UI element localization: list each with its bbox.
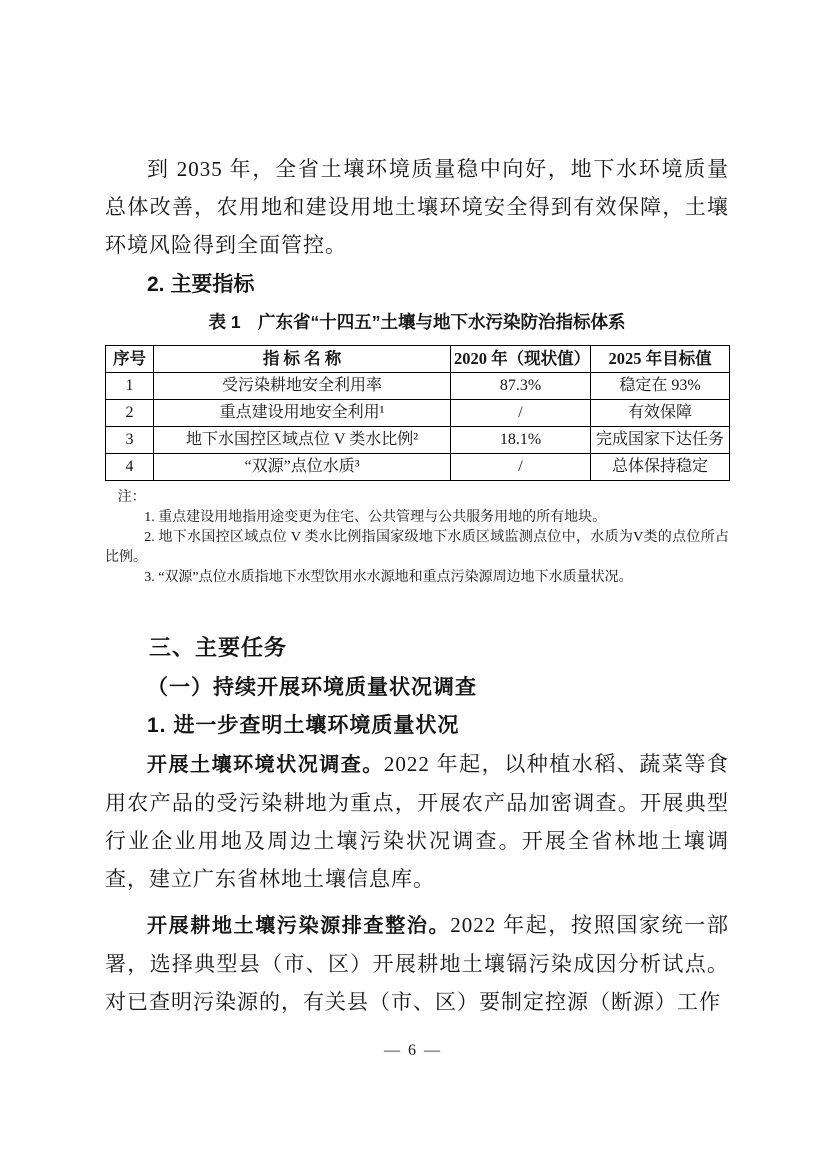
note-item: 1. 重点建设用地指用途变更为住宅、公共管理与公共服务用地的所有地块。 xyxy=(105,508,729,528)
table-caption: 表 1 广东省“十四五”土壤与地下水污染防治指标体系 xyxy=(105,308,729,336)
cell-2025-target: 稳定在 93% xyxy=(591,373,730,400)
body-paragraph: 开展耕地土壤污染源排查整治。2022 年起，按照国家统一部署，选择典型县（市、区… xyxy=(105,906,729,1021)
table-row: 2 重点建设用地安全利用¹ / 有效保障 xyxy=(106,400,730,427)
table-row: 3 地下水国控区域点位 V 类水比例² 18.1% 完成国家下达任务 xyxy=(106,427,730,454)
table-header-row: 序号 指 标 名 称 2020 年（现状值） 2025 年目标值 xyxy=(106,346,730,373)
cell-index: 2 xyxy=(106,400,154,427)
cell-2020-value: / xyxy=(451,454,591,481)
section-3-1-heading: （一）持续开展环境质量状况调查 xyxy=(105,674,729,700)
section-3-1-1-heading: 1. 进一步查明土壤环境质量状况 xyxy=(105,713,729,739)
table-notes: 注： 1. 重点建设用地指用途变更为住宅、公共管理与公共服务用地的所有地块。 2… xyxy=(105,488,729,588)
cell-2025-target: 完成国家下达任务 xyxy=(591,427,730,454)
paragraph-lead: 开展土壤环境状况调查。 xyxy=(147,754,384,776)
col-header-2025-target: 2025 年目标值 xyxy=(591,346,730,373)
cell-2020-value: 87.3% xyxy=(451,373,591,400)
notes-label: 注： xyxy=(105,488,729,508)
cell-indicator-name: 地下水国控区域点位 V 类水比例² xyxy=(154,427,451,454)
table-row: 4 “双源”点位水质³ / 总体保持稳定 xyxy=(106,454,730,481)
cell-2025-target: 总体保持稳定 xyxy=(591,454,730,481)
paragraph-lead: 开展耕地土壤污染源排查整治。 xyxy=(147,915,450,937)
note-item: 3. “双源”点位水质指地下水型饮用水水源地和重点污染源周边地下水质量状况。 xyxy=(105,568,729,588)
document-content: 到 2035 年，全省土壤环境质量稳中向好，地下水环境质量总体改善，农用地和建设… xyxy=(105,0,729,1021)
intro-paragraph: 到 2035 年，全省土壤环境质量稳中向好，地下水环境质量总体改善，农用地和建设… xyxy=(105,150,729,264)
cell-2020-value: 18.1% xyxy=(451,427,591,454)
cell-index: 4 xyxy=(106,454,154,481)
cell-indicator-name: 受污染耕地安全利用率 xyxy=(154,373,451,400)
col-header-indicator-name: 指 标 名 称 xyxy=(154,346,451,373)
cell-index: 1 xyxy=(106,373,154,400)
body-paragraph: 开展土壤环境状况调查。2022 年起，以种植水稻、蔬菜等食用农产品的受污染耕地为… xyxy=(105,745,729,898)
cell-indicator-name: “双源”点位水质³ xyxy=(154,454,451,481)
cell-2020-value: / xyxy=(451,400,591,427)
document-page: 到 2035 年，全省土壤环境质量稳中向好，地下水环境质量总体改善，农用地和建设… xyxy=(0,0,826,1169)
indicator-table: 序号 指 标 名 称 2020 年（现状值） 2025 年目标值 1 受污染耕地… xyxy=(105,345,730,481)
section-3-heading: 三、主要任务 xyxy=(105,634,729,662)
col-header-2020-value: 2020 年（现状值） xyxy=(451,346,591,373)
cell-index: 3 xyxy=(106,427,154,454)
cell-2025-target: 有效保障 xyxy=(591,400,730,427)
cell-indicator-name: 重点建设用地安全利用¹ xyxy=(154,400,451,427)
table-row: 1 受污染耕地安全利用率 87.3% 稳定在 93% xyxy=(106,373,730,400)
page-number: — 6 — xyxy=(0,1042,826,1060)
col-header-index: 序号 xyxy=(106,346,154,373)
note-item: 2. 地下水国控区域点位 V 类水比例指国家级地下水质区域监测点位中，水质为V类… xyxy=(105,528,729,568)
section-2-heading: 2. 主要指标 xyxy=(105,268,729,302)
